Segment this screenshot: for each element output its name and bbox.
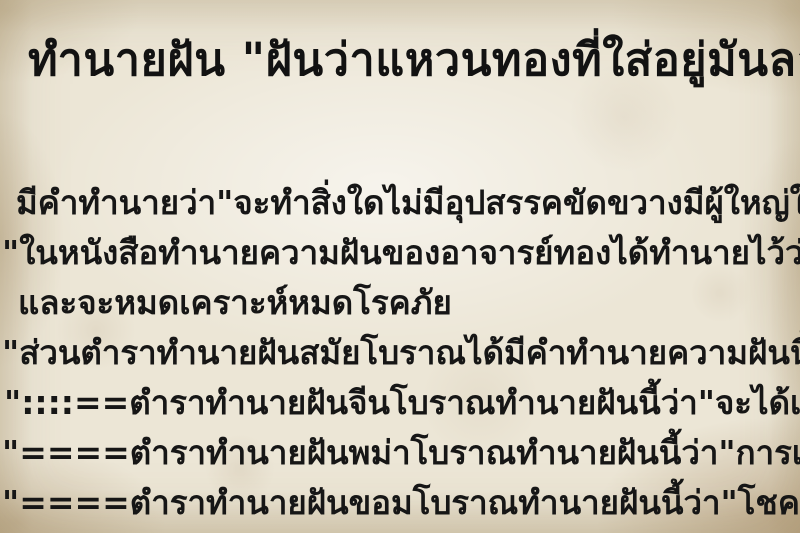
body-line-ancient-text: "ส่วนตำราทำนายฝันสมัยโบราณได้มีคำทำนายคว… bbox=[0, 328, 800, 378]
body-line-chinese-text: "::::==ตำราทำนายฝันจีนโบราณทำนายฝันนี้ว่… bbox=[0, 378, 800, 428]
body-line-ajarn-thong-book: "ในหนังสือทำนายความฝันของอาจารย์ทองได้ทำ… bbox=[0, 228, 800, 278]
body-line-general-prediction: มีคำทำนายว่า"จะทำสิ่งใดไม่มีอุปสรรคขัดขว… bbox=[0, 178, 800, 228]
aged-paper-background: ทำนายฝัน "ฝันว่าแหวนทองที่ใส่อยู่มันลอก … bbox=[0, 0, 800, 533]
body-line-misfortune-end: และจะหมดเคราะห์หมดโรคภัย bbox=[0, 278, 800, 328]
dream-interpretation-body: มีคำทำนายว่า"จะทำสิ่งใดไม่มีอุปสรรคขัดขว… bbox=[0, 178, 800, 533]
body-line-burmese-text: "====ตำราทำนายฝันพม่าโบราณทำนายฝันนี้ว่า… bbox=[0, 428, 800, 478]
dream-interpretation-title: ทำนายฝัน "ฝันว่าแหวนทองที่ใส่อยู่มันลอก bbox=[28, 12, 800, 108]
body-line-khmer-text: "====ตำราทำนายฝันขอมโบราณทำนายฝันนี้ว่า"… bbox=[0, 478, 800, 528]
